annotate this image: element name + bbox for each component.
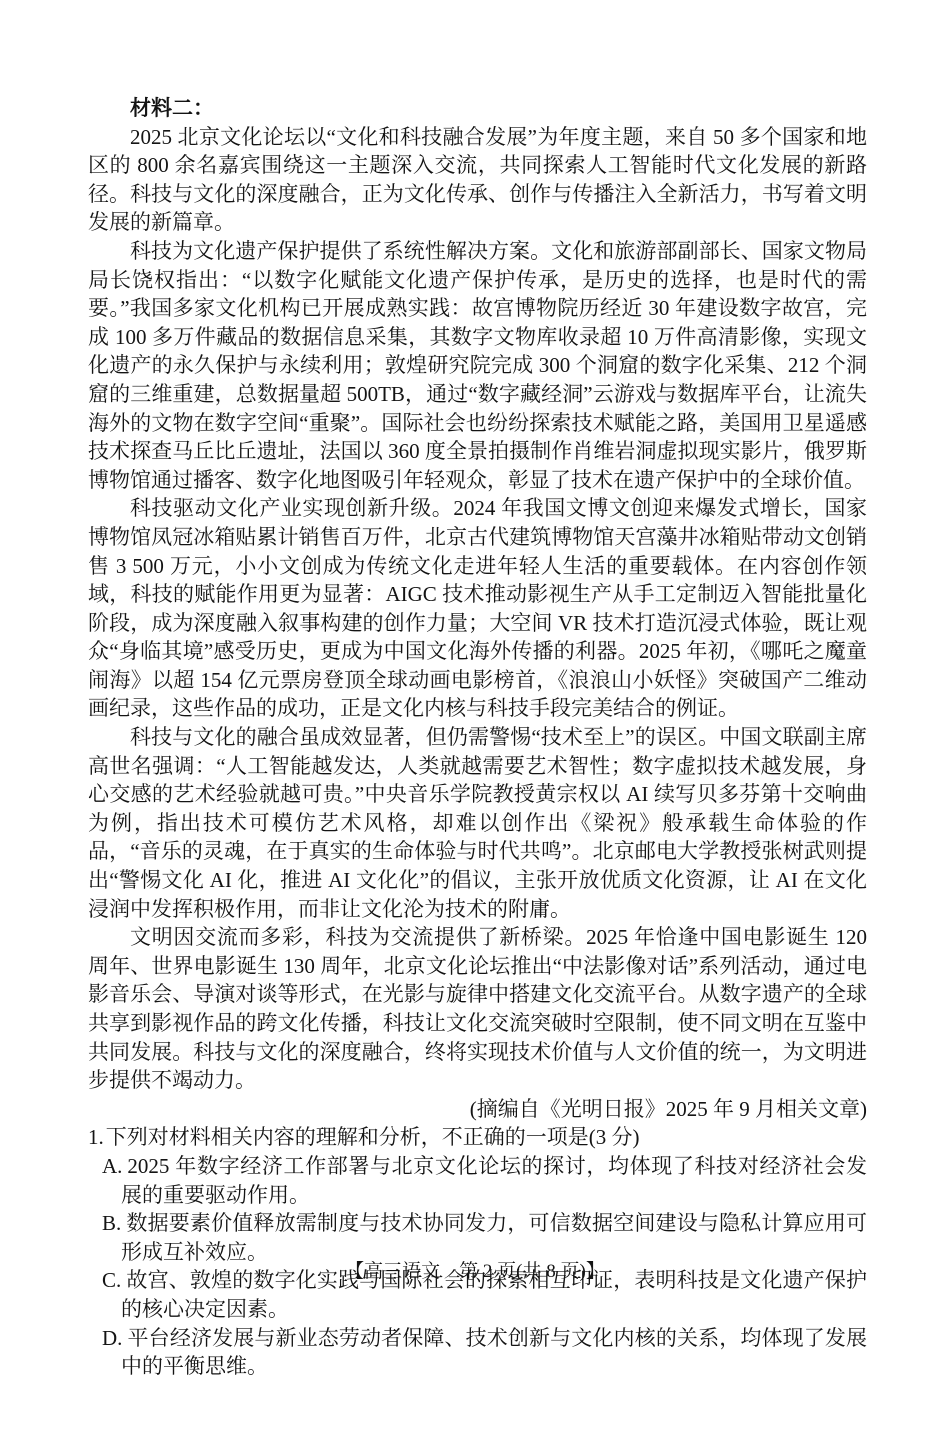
option-b-label: B. (102, 1211, 121, 1235)
question-text: 下列对材料相关内容的理解和分析，不正确的一项是(3 分) (106, 1123, 640, 1152)
paragraph: 科技为文化遗产保护提供了系统性解决方案。文化和旅游部副部长、国家文物局局长饶权指… (88, 237, 867, 494)
option-d-label: D. (102, 1326, 122, 1350)
question-number: 1. (88, 1123, 104, 1152)
option-a: A.2025 年数字经济工作部署与北京文化论坛的探讨，均体现了科技对经济社会发展… (88, 1152, 867, 1209)
option-d: D.平台经济发展与新业态劳动者保障、技术创新与文化内核的关系，均体现了发展中的平… (88, 1324, 867, 1381)
page-footer: 【高三语文 第 2 页(共 8 页)】 (0, 1256, 950, 1283)
reading-material: 材料二： 2025 北京文化论坛以“文化和科技融合发展”为年度主题，来自 50 … (88, 94, 867, 1381)
question-stem: 1. 下列对材料相关内容的理解和分析，不正确的一项是(3 分) (88, 1123, 867, 1152)
paragraph: 文明因交流而多彩，科技为交流提供了新桥梁。2025 年恰逢中国电影诞生 120 … (88, 923, 867, 1095)
paragraph: 科技驱动文化产业实现创新升级。2024 年我国文博文创迎来爆发式增长，国家博物馆… (88, 494, 867, 723)
paragraph: 2025 北京文化论坛以“文化和科技融合发展”为年度主题，来自 50 多个国家和… (88, 123, 867, 237)
attribution-line: (摘编自《光明日报》2025 年 9 月相关文章) (88, 1095, 867, 1124)
option-d-text: 平台经济发展与新业态劳动者保障、技术创新与文化内核的关系，均体现了发展中的平衡思… (121, 1326, 867, 1379)
option-a-label: A. (102, 1154, 122, 1178)
exam-page: 材料二： 2025 北京文化论坛以“文化和科技融合发展”为年度主题，来自 50 … (0, 0, 950, 1448)
paragraph: 科技与文化的融合虽成效显著，但仍需警惕“技术至上”的误区。中国文联副主席高世名强… (88, 723, 867, 923)
option-a-text: 2025 年数字经济工作部署与北京文化论坛的探讨，均体现了科技对经济社会发展的重… (121, 1154, 867, 1207)
material-heading: 材料二： (88, 94, 867, 123)
